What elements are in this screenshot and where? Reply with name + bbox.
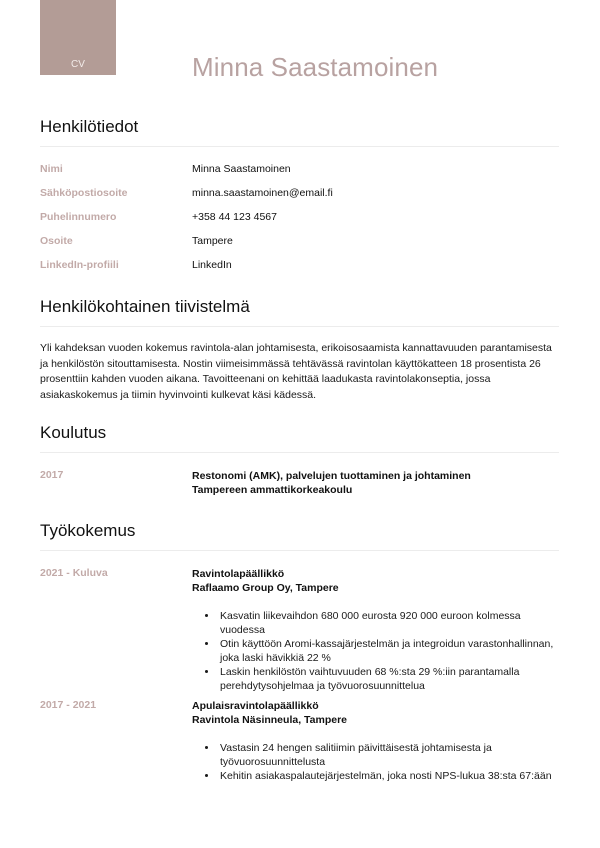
job-title: Ravintolapäällikkö <box>192 567 559 581</box>
summary-text: Yli kahdeksan vuoden kokemus ravintola-a… <box>40 341 559 403</box>
education-entry: 2017 Restonomi (AMK), palvelujen tuottam… <box>40 469 559 497</box>
education-date: 2017 <box>40 469 63 481</box>
address-value: Tampere <box>192 235 233 247</box>
phone-value: +358 44 123 4567 <box>192 211 277 223</box>
job-company: Ravintola Näsinneula, Tampere <box>192 713 559 727</box>
email-value[interactable]: minna.saastamoinen@email.fi <box>192 187 333 199</box>
achievement-list: Vastasin 24 hengen salitiimin päivittäis… <box>192 741 559 783</box>
education-school: Tampereen ammattikorkeakoulu <box>192 483 559 497</box>
info-label: Puhelinnumero <box>40 211 116 223</box>
education-heading: Koulutus <box>40 423 559 453</box>
info-label: Sähköpostiosoite <box>40 187 128 199</box>
education-degree: Restonomi (AMK), palvelujen tuottaminen … <box>192 469 559 483</box>
info-row-phone: Puhelinnumero +358 44 123 4567 <box>40 211 559 235</box>
experience-entry: 2021 - Kuluva Ravintolapäällikkö Raflaam… <box>40 567 559 693</box>
experience-date: 2017 - 2021 <box>40 699 96 711</box>
experience-date: 2021 - Kuluva <box>40 567 108 579</box>
info-label: Osoite <box>40 235 73 247</box>
achievement-item: Kehitin asiakaspalautejärjestelmän, joka… <box>218 769 559 783</box>
info-row-name: Nimi Minna Saastamoinen <box>40 163 559 187</box>
info-row-address: Osoite Tampere <box>40 235 559 259</box>
info-value: Minna Saastamoinen <box>192 163 291 175</box>
job-title: Apulaisravintolapäällikkö <box>192 699 559 713</box>
education-section: Koulutus 2017 Restonomi (AMK), palveluje… <box>40 423 559 497</box>
personal-info-section: Henkilötiedot Nimi Minna Saastamoinen Sä… <box>40 117 559 283</box>
experience-section: Työkokemus 2021 - Kuluva Ravintolapäälli… <box>40 521 559 783</box>
summary-heading: Henkilökohtainen tiivistelmä <box>40 297 559 327</box>
personal-info-heading: Henkilötiedot <box>40 117 559 147</box>
cv-badge: CV <box>40 0 116 75</box>
cv-label: CV <box>40 59 116 70</box>
info-row-email: Sähköpostiosoite minna.saastamoinen@emai… <box>40 187 559 211</box>
achievement-item: Laskin henkilöstön vaihtuvuuden 68 %:sta… <box>218 665 559 693</box>
achievement-item: Vastasin 24 hengen salitiimin päivittäis… <box>218 741 559 769</box>
linkedin-link[interactable]: LinkedIn <box>192 259 232 271</box>
experience-entry: 2017 - 2021 Apulaisravintolapäällikkö Ra… <box>40 699 559 783</box>
achievement-item: Kasvatin liikevaihdon 680 000 eurosta 92… <box>218 609 559 637</box>
experience-heading: Työkokemus <box>40 521 559 551</box>
info-label: LinkedIn-profiili <box>40 259 119 271</box>
summary-section: Henkilökohtainen tiivistelmä Yli kahdeks… <box>40 297 559 403</box>
info-label: Nimi <box>40 163 63 175</box>
job-company: Raflaamo Group Oy, Tampere <box>192 581 559 595</box>
info-row-linkedin: LinkedIn-profiili LinkedIn <box>40 259 559 283</box>
achievement-item: Otin käyttöön Aromi-kassajärjestelmän ja… <box>218 637 559 665</box>
achievement-list: Kasvatin liikevaihdon 680 000 eurosta 92… <box>192 609 559 693</box>
candidate-name: Minna Saastamoinen <box>192 52 438 83</box>
